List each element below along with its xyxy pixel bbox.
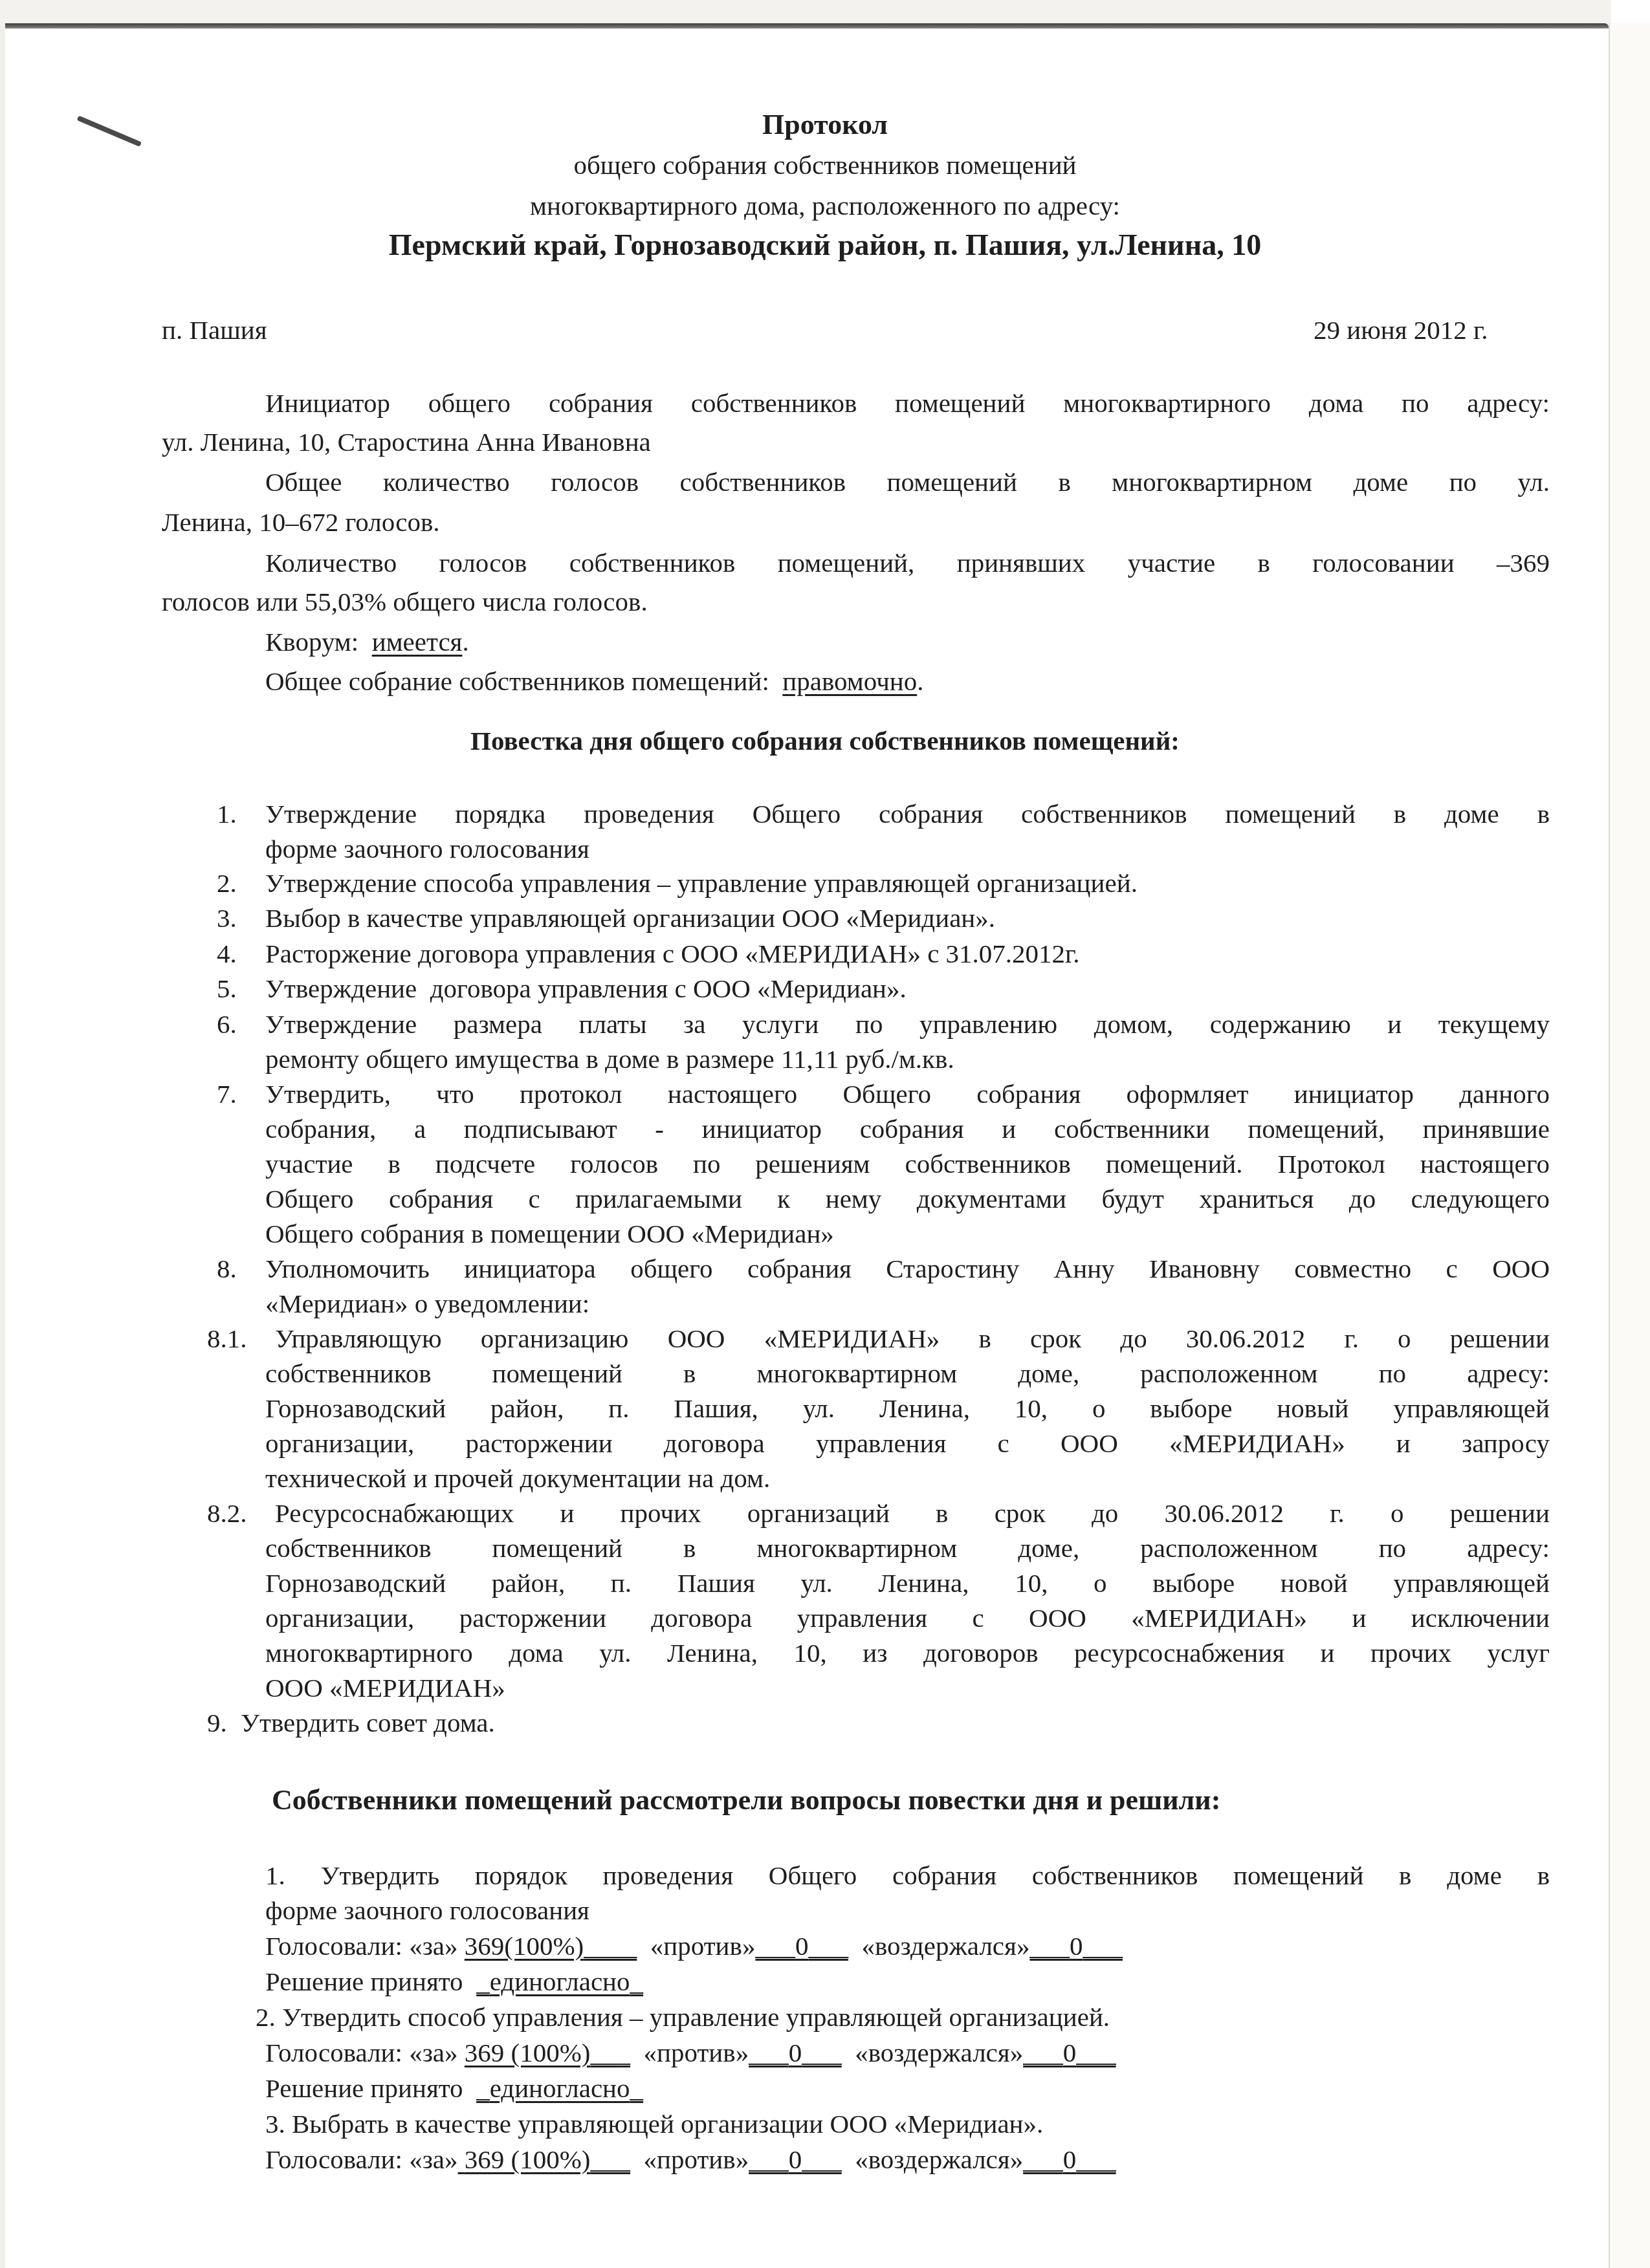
agenda-item-line: собственников помещений в многоквартирно… (265, 1532, 1550, 1564)
document-address: Пермский край, Горнозаводский район, п. … (0, 229, 1650, 261)
decisions-heading: Собственники помещений рассмотрели вопро… (272, 1784, 1220, 1816)
participated-line-2: голосов или 55,03% общего числа голосов. (162, 585, 648, 618)
agenda-item-line: форме заочного голосования (265, 833, 589, 865)
quorum-end: . (462, 627, 468, 657)
vote-abstain-value: ___0___ (1029, 1931, 1123, 1961)
participated-line-1: Количество голосов собственников помещен… (265, 547, 1550, 579)
agenda-item-number: 4. (217, 937, 237, 970)
agenda-item-line: Расторжение договора управления с ООО «М… (265, 937, 1080, 970)
document-subtitle-1: общего собрания собственников помещений (0, 149, 1650, 181)
vote-abstain-value: ___0___ (1023, 2038, 1116, 2067)
agenda-item-line: организации, расторжении договора управл… (265, 1602, 1550, 1634)
agenda-item-number: 7. (217, 1078, 237, 1110)
document-date: 29 июня 2012 г. (1314, 314, 1488, 346)
agenda-item-line: участие в подсчете голосов по решениям с… (265, 1148, 1550, 1180)
vote-line: Голосовали: «за» 369 (100%)___ «против»_… (265, 2036, 1116, 2069)
vote-for-label: Голосовали: «за» (265, 2038, 458, 2067)
result-label: Решение принято (265, 1967, 463, 1996)
decision-line: 2. Утвердить способ управления – управле… (256, 2001, 1110, 2033)
agenda-item-line: Утверждение размера платы за услуги по у… (265, 1008, 1550, 1040)
vote-against-value: ___0___ (755, 1931, 848, 1961)
agenda-item-line: многоквартирного дома ул. Ленина, 10, из… (265, 1637, 1550, 1669)
agenda-item-line: Утвердить, что протокол настоящего Общег… (265, 1078, 1550, 1110)
vote-against-label: «против» (644, 2144, 749, 2174)
total-votes-line-1: Общее количество голосов собственников п… (265, 466, 1550, 498)
agenda-item-line: Утвердить совет дома. (241, 1706, 495, 1739)
agenda-heading: Повестка дня общего собрания собственник… (0, 725, 1650, 757)
agenda-item-number: 2. (217, 867, 237, 899)
vote-line: Голосовали: «за» 369 (100%)___ «против»_… (265, 2143, 1116, 2175)
result-value: _единогласно_ (476, 2073, 643, 2103)
agenda-item-line: ремонту общего имущества в доме в размер… (265, 1043, 954, 1075)
agenda-item-line: собственников помещений в многоквартирно… (265, 1357, 1550, 1390)
document-subtitle-2: многоквартирного дома, расположенного по… (0, 190, 1650, 222)
agenda-item-line: Горнозаводский район, п. Пашия, ул. Лени… (265, 1392, 1550, 1424)
agenda-item-line: Ресурсоснабжающих и прочих организаций в… (275, 1497, 1550, 1529)
agenda-item-line: Утверждение порядка проведения Общего со… (265, 798, 1550, 830)
agenda-item-number: 8.1. (207, 1322, 247, 1355)
agenda-item-line: «Меридиан» о уведомлении: (265, 1287, 589, 1320)
vote-for-label: Голосовали: «за» (265, 1931, 458, 1961)
quorum-label: Кворум: (265, 627, 358, 657)
decision-line: 3. Выбрать в качестве управляющей органи… (265, 2108, 1043, 2140)
agenda-item-number: 1. (217, 798, 237, 830)
vote-abstain-value: ___0___ (1023, 2144, 1116, 2174)
result-line: Решение принято _единогласно_ (265, 2072, 643, 2104)
vote-against-value: ___0___ (749, 2144, 842, 2174)
vote-for-value: 369 (100%)___ (458, 2144, 630, 2174)
competence-value: правомочно (782, 666, 917, 696)
vote-for-value: 369 (100%)___ (465, 2038, 630, 2067)
decision-line: форме заочного голосования (265, 1894, 589, 1926)
scan-border-left (0, 28, 5, 2268)
vote-for-value: 369(100%)____ (465, 1931, 637, 1961)
agenda-item-line: Утверждение договора управления с ООО «М… (265, 972, 907, 1005)
vote-line: Голосовали: «за» 369(100%)____ «против»_… (265, 1930, 1123, 1962)
agenda-item-line: Выбор в качестве управляющей организации… (265, 902, 995, 934)
agenda-item-line: Горнозаводский район, п. Пашия ул. Ленин… (265, 1567, 1550, 1599)
agenda-item-number: 3. (217, 902, 237, 934)
total-votes-line-2: Ленина, 10–672 голосов. (162, 506, 440, 538)
agenda-item-line: технической и прочей документации на дом… (265, 1462, 770, 1494)
vote-for-label: Голосовали: «за» (265, 2144, 458, 2174)
initiator-line-2: ул. Ленина, 10, Старостина Анна Ивановна (162, 426, 651, 458)
agenda-item-line: Общего собрания с прилагаемыми к нему до… (265, 1183, 1550, 1215)
agenda-item-number: 6. (217, 1008, 237, 1040)
initiator-line-1: Инициатор общего собрания собственников … (265, 387, 1550, 419)
competence-end: . (917, 666, 923, 696)
agenda-item-number: 8.2. (207, 1497, 247, 1529)
agenda-item-number: 8. (217, 1252, 237, 1285)
scan-page-edge-top (5, 23, 1609, 28)
document-title: Протокол (0, 109, 1650, 141)
vote-abstain-label: «воздержался» (861, 1931, 1029, 1961)
competence-label: Общее собрание собственников помещений: (265, 666, 769, 696)
vote-against-label: «против» (644, 2038, 749, 2067)
document-place: п. Пашия (162, 314, 267, 346)
decision-line: 1. Утвердить порядок проведения Общего с… (265, 1859, 1550, 1892)
agenda-item-line: собрания, а подписывают - инициатор собр… (265, 1113, 1550, 1145)
agenda-item-line: ООО «МЕРИДИАН» (265, 1672, 505, 1704)
vote-abstain-label: «воздержался» (855, 2144, 1023, 2174)
agenda-item-line: организации, расторжении договора управл… (265, 1427, 1550, 1459)
vote-against-label: «против» (650, 1931, 756, 1961)
agenda-item-line: Управляющую организацию ООО «МЕРИДИАН» в… (275, 1322, 1550, 1355)
scan-border-right (1609, 23, 1650, 2268)
competence-line: Общее собрание собственников помещений: … (265, 665, 923, 697)
vote-abstain-label: «воздержался» (855, 2038, 1023, 2067)
result-label: Решение принято (265, 2073, 463, 2103)
result-line: Решение принято _единогласно_ (265, 1965, 643, 1998)
quorum-value: имеется (372, 627, 463, 657)
agenda-item-line: Общего собрания в помещении ООО «Меридиа… (265, 1217, 834, 1250)
quorum-line: Кворум: имеется. (265, 626, 469, 658)
result-value: _единогласно_ (476, 1967, 643, 1996)
agenda-item-line: Утверждение способа управления – управле… (265, 867, 1138, 899)
agenda-item-number: 5. (217, 972, 237, 1005)
agenda-item-line: Уполномочить инициатора общего собрания … (265, 1252, 1550, 1285)
vote-against-value: ___0___ (749, 2038, 842, 2067)
agenda-item-number: 9. (207, 1706, 227, 1739)
